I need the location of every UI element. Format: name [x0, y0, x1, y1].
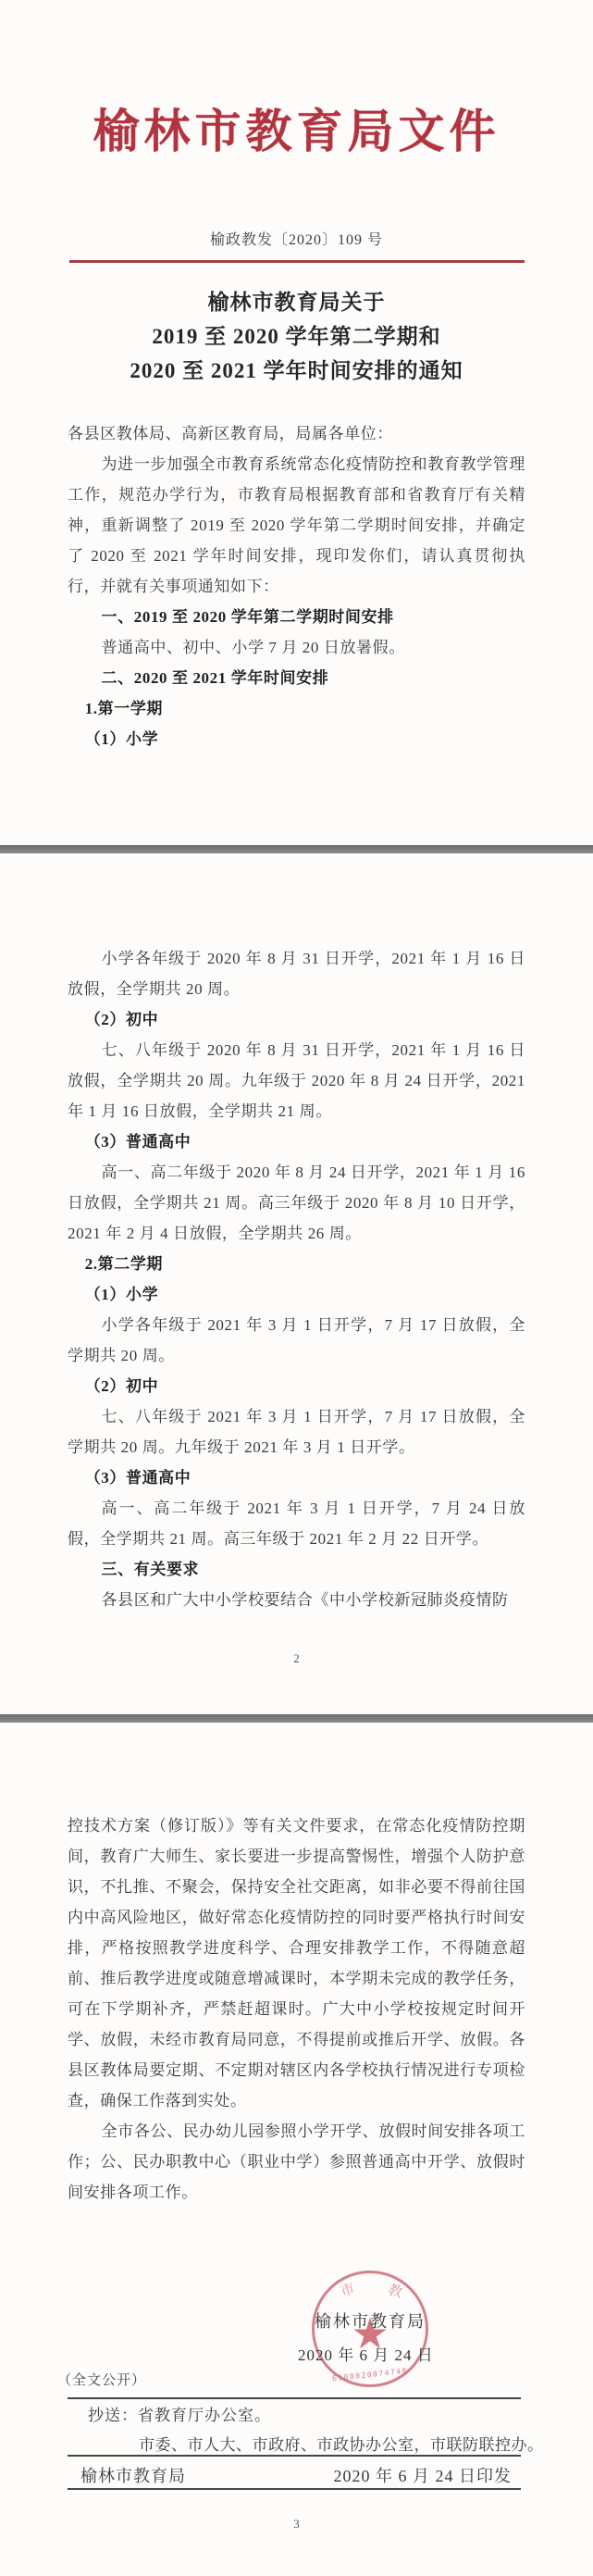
notice-title-line1: 榆林市教育局关于: [0, 285, 593, 319]
kindergarten-paragraph: 全市各公、民办幼儿园参照小学开学、放假时间安排各项工作；公、民办职教中心（职业中…: [68, 2116, 525, 2208]
requirements-paragraph-start: 各县区和广大中小学校要结合《中小学校新冠肺炎疫情防: [68, 1585, 525, 1615]
page-separator-2: [0, 1714, 593, 1723]
junior-term2-paragraph: 七、八年级于 2021 年 3 月 1 日开学，7 月 17 日放假，全学期共 …: [68, 1401, 525, 1462]
notice-title-line2: 2019 至 2020 学年第二学期和: [0, 319, 593, 354]
signature-organization: 榆林市教育局: [315, 2308, 426, 2333]
page2-number: 2: [0, 1651, 593, 1666]
letterhead-divider: [69, 260, 525, 263]
issuer-row: 榆林市教育局 2020 年 6 月 24 日印发: [80, 2463, 512, 2487]
section-heading-2: 二、2020 至 2021 学年时间安排: [68, 663, 525, 693]
page-1: 榆林市教育局文件 榆政教发〔2020〕109 号 榆林市教育局关于 2019 至…: [0, 0, 593, 845]
junior-term1-paragraph: 七、八年级于 2020 年 8 月 31 日开学，2021 年 1 月 16 日…: [68, 1035, 525, 1126]
notice-title: 榆林市教育局关于 2019 至 2020 学年第二学期和 2020 至 2021…: [0, 285, 593, 388]
page-3: 控技术方案（修订版）》等有关文件要求，在常态化疫情防控期间，教育广大师生、家长要…: [0, 1723, 593, 2576]
subsection-semester2: 2.第二学期: [68, 1249, 525, 1279]
subsection-semester2-senior: （3）普通高中: [68, 1462, 525, 1493]
subsection-semester1-junior: （2）初中: [68, 1004, 525, 1035]
page2-body: 小学各年级于 2020 年 8 月 31 日开学，2021 年 1 月 16 日…: [68, 943, 525, 1615]
page1-body: 各县区教体局、高新区教育局，局属各单位： 为进一步加强全市教育系统常态化疫情防控…: [68, 418, 525, 754]
subsection-semester1-primary: （1）小学: [68, 724, 525, 754]
seal-code: 6108020074748: [332, 2367, 409, 2383]
issuer-name: 榆林市教育局: [80, 2463, 186, 2487]
subsection-semester1: 1.第一学期: [68, 693, 525, 724]
public-disclosure-note: （全文公开）: [57, 2370, 146, 2389]
footer-divider-1: [68, 2397, 521, 2399]
salutation: 各县区教体局、高新区教育局，局属各单位：: [68, 418, 525, 449]
primary-term2-paragraph: 小学各年级于 2021 年 3 月 1 日开学，7 月 17 日放假，全学期共 …: [68, 1310, 525, 1371]
senior-term1-paragraph: 高一、高二年级于 2020 年 8 月 24 日开学，2021 年 1 月 16…: [68, 1157, 525, 1249]
cc-line-1: 抄送：省教育厅办公室。: [88, 2402, 271, 2425]
intro-paragraph: 为进一步加强全市教育系统常态化疫情防控和教育教学管理工作，规范办学行为，市教育局…: [68, 449, 525, 602]
subsection-semester2-junior: （2）初中: [68, 1371, 525, 1401]
notice-title-line3: 2020 至 2021 学年时间安排的通知: [0, 354, 593, 388]
requirements-paragraph-continued: 控技术方案（修订版）》等有关文件要求，在常态化疫情防控期间，教育广大师生、家长要…: [68, 1811, 525, 2116]
page-separator-1: [0, 845, 593, 853]
agency-letterhead: 榆林市教育局文件: [0, 94, 593, 161]
document-number: 榆政教发〔2020〕109 号: [0, 228, 593, 249]
signature-date: 2020 年 6 月 24 日: [298, 2342, 434, 2365]
page3-number: 3: [0, 2517, 593, 2532]
seal-arc-char-left: 市: [338, 2278, 357, 2301]
footer-divider-3: [68, 2488, 521, 2490]
print-date: 2020 年 6 月 24 日印发: [334, 2463, 513, 2487]
primary-term1-paragraph: 小学各年级于 2020 年 8 月 31 日开学，2021 年 1 月 16 日…: [68, 943, 525, 1004]
page3-body: 控技术方案（修订版）》等有关文件要求，在常态化疫情防控期间，教育广大师生、家长要…: [68, 1811, 525, 2208]
subsection-semester1-senior: （3）普通高中: [68, 1126, 525, 1157]
section-heading-3: 三、有关要求: [68, 1554, 525, 1585]
subsection-semester2-primary: （1）小学: [68, 1279, 525, 1310]
footer-divider-2: [68, 2455, 521, 2457]
scanned-document: 榆林市教育局文件 榆政教发〔2020〕109 号 榆林市教育局关于 2019 至…: [0, 0, 593, 2576]
page-2: 小学各年级于 2020 年 8 月 31 日开学，2021 年 1 月 16 日…: [0, 853, 593, 1714]
section-heading-1: 一、2019 至 2020 学年第二学期时间安排: [68, 602, 525, 632]
summer-vacation-paragraph: 普通高中、初中、小学 7 月 20 日放暑假。: [68, 632, 525, 663]
cc-line-2: 市委、市人大、市政府、市政协办公室，市联防联控办。: [139, 2432, 544, 2455]
seal-arc-char-right: 教: [386, 2279, 404, 2301]
senior-term2-paragraph: 高一、高二年级于 2021 年 3 月 1 日开学，7 月 24 日放假，全学期…: [68, 1493, 525, 1554]
